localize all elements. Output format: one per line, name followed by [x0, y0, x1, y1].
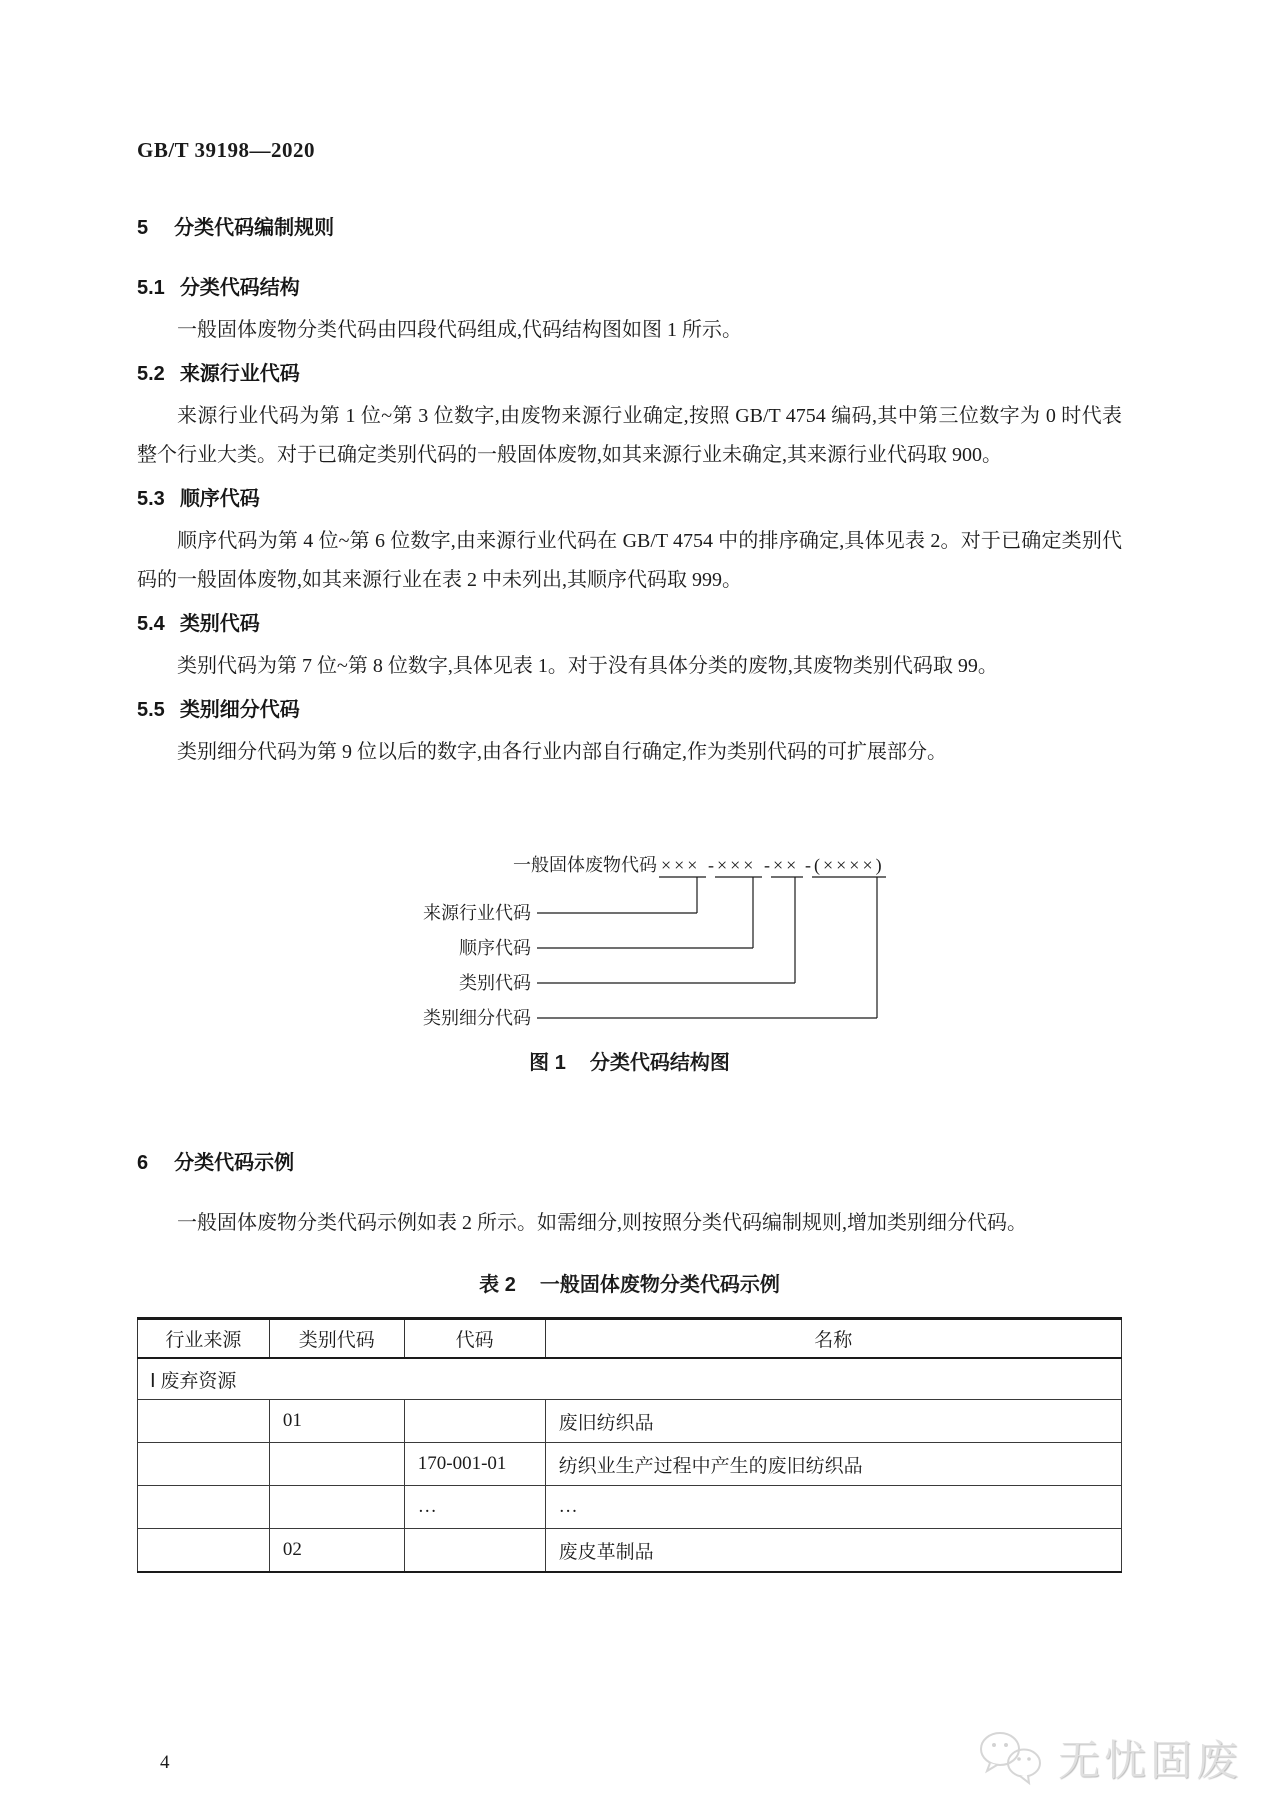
section-number: 5.4 [137, 610, 165, 638]
figure-code-prefix: 一般固体废物代码 [513, 855, 657, 875]
table-caption-number: 表 2 [479, 1271, 516, 1299]
code-structure-diagram: 一般固体废物代码 ××× - ××× - ×× - (××××) [137, 847, 1122, 1029]
figure-caption-number: 图 1 [529, 1049, 566, 1077]
cell-name: … [545, 1486, 1121, 1529]
figure-segment-industry: ××× [661, 855, 700, 875]
section-title: 顺序代码 [180, 488, 260, 510]
section-5-heading: 5分类代码编制规则 [137, 214, 1122, 242]
section-5-5-heading: 5.5类别细分代码 [137, 696, 1122, 724]
cell-code: 170-001-01 [404, 1443, 545, 1486]
cell-name: 纺织业生产过程中产生的废旧纺织品 [545, 1443, 1121, 1486]
cell-code [404, 1529, 545, 1573]
cell-name: 废皮革制品 [545, 1529, 1121, 1573]
cell-category-code: 02 [269, 1529, 404, 1573]
section-5-4-paragraph: 类别代码为第 7 位~第 8 位数字,具体见表 1。对于没有具体分类的废物,其废… [137, 647, 1122, 686]
figure-label-sequence-code: 顺序代码 [459, 938, 531, 958]
section-title: 分类代码示例 [174, 1152, 294, 1174]
table-section-row: Ⅰ 废弃资源 [138, 1358, 1122, 1400]
table-row: 02 废皮革制品 [138, 1529, 1122, 1573]
page-number: 4 [160, 1752, 170, 1774]
section-number: 5.3 [137, 485, 165, 513]
wechat-chat-bubbles-icon [976, 1729, 1048, 1787]
section-5-3-paragraph: 顺序代码为第 4 位~第 6 位数字,由来源行业代码在 GB/T 4754 中的… [137, 522, 1122, 600]
classification-code-example-table: 行业来源 类别代码 代码 名称 Ⅰ 废弃资源 01 废旧纺织品 [137, 1317, 1122, 1573]
table-row: … … [138, 1486, 1122, 1529]
section-row-label: Ⅰ 废弃资源 [138, 1358, 1122, 1400]
figure-separator: - [805, 855, 811, 875]
section-5-4-heading: 5.4类别代码 [137, 610, 1122, 638]
section-title: 分类代码结构 [180, 277, 300, 299]
document-page: GB/T 39198—2020 5分类代码编制规则 5.1分类代码结构 一般固体… [0, 0, 1280, 1811]
cell-code: … [404, 1486, 545, 1529]
page-content: GB/T 39198—2020 5分类代码编制规则 5.1分类代码结构 一般固体… [137, 0, 1122, 1573]
table-row: 170-001-01 纺织业生产过程中产生的废旧纺织品 [138, 1443, 1122, 1486]
cell-industry-source [138, 1400, 270, 1443]
figure-label-subdivision-code: 类别细分代码 [423, 1008, 531, 1028]
column-header-name: 名称 [545, 1319, 1121, 1359]
section-number: 5.2 [137, 360, 165, 388]
column-header-category-code: 类别代码 [269, 1319, 404, 1359]
section-number: 5.5 [137, 696, 165, 724]
watermark-text: 无忧固废 [1058, 1728, 1242, 1788]
column-header-industry-source: 行业来源 [138, 1319, 270, 1359]
figure-1-caption: 图 1分类代码结构图 [137, 1049, 1122, 1077]
figure-label-industry-code: 来源行业代码 [423, 903, 531, 923]
section-5-3-heading: 5.3顺序代码 [137, 485, 1122, 513]
table-row: 01 废旧纺织品 [138, 1400, 1122, 1443]
figure-1: 一般固体废物代码 ××× - ××× - ×× - (××××) [137, 847, 1122, 1077]
cell-industry-source [138, 1529, 270, 1573]
figure-segment-sequence: ××× [717, 855, 756, 875]
section-6-paragraph: 一般固体废物分类代码示例如表 2 所示。如需细分,则按照分类代码编制规则,增加类… [137, 1204, 1122, 1243]
section-title: 类别细分代码 [180, 699, 300, 721]
watermark: 无忧固废 [976, 1728, 1242, 1788]
cell-category-code [269, 1443, 404, 1486]
figure-separator: - [764, 855, 770, 875]
section-5-2-paragraph: 来源行业代码为第 1 位~第 3 位数字,由废物来源行业确定,按照 GB/T 4… [137, 397, 1122, 475]
figure-caption-title: 分类代码结构图 [590, 1052, 730, 1074]
cell-name: 废旧纺织品 [545, 1400, 1121, 1443]
figure-label-category-code: 类别代码 [459, 973, 531, 993]
figure-separator: - [708, 855, 714, 875]
cell-industry-source [138, 1443, 270, 1486]
cell-code [404, 1400, 545, 1443]
section-5-2-heading: 5.2来源行业代码 [137, 360, 1122, 388]
table-caption-title: 一般固体废物分类代码示例 [540, 1274, 780, 1296]
section-title: 分类代码编制规则 [174, 217, 334, 239]
section-number: 5 [137, 214, 148, 242]
section-5-5-paragraph: 类别细分代码为第 9 位以后的数字,由各行业内部自行确定,作为类别代码的可扩展部… [137, 733, 1122, 772]
section-6-heading: 6分类代码示例 [137, 1149, 1122, 1177]
section-title: 来源行业代码 [180, 363, 300, 385]
standard-number: GB/T 39198—2020 [137, 137, 1122, 163]
cell-industry-source [138, 1486, 270, 1529]
cell-category-code [269, 1486, 404, 1529]
section-number: 5.1 [137, 274, 165, 302]
cell-category-code: 01 [269, 1400, 404, 1443]
section-title: 类别代码 [180, 613, 260, 635]
section-5-1-heading: 5.1分类代码结构 [137, 274, 1122, 302]
figure-segment-category: ×× [773, 855, 799, 875]
table-header-row: 行业来源 类别代码 代码 名称 [138, 1319, 1122, 1359]
section-5-1-paragraph: 一般固体废物分类代码由四段代码组成,代码结构图如图 1 所示。 [137, 311, 1122, 350]
section-number: 6 [137, 1149, 148, 1177]
column-header-code: 代码 [404, 1319, 545, 1359]
table-2-caption: 表 2一般固体废物分类代码示例 [137, 1271, 1122, 1299]
figure-segment-subdivision: (××××) [814, 855, 885, 876]
